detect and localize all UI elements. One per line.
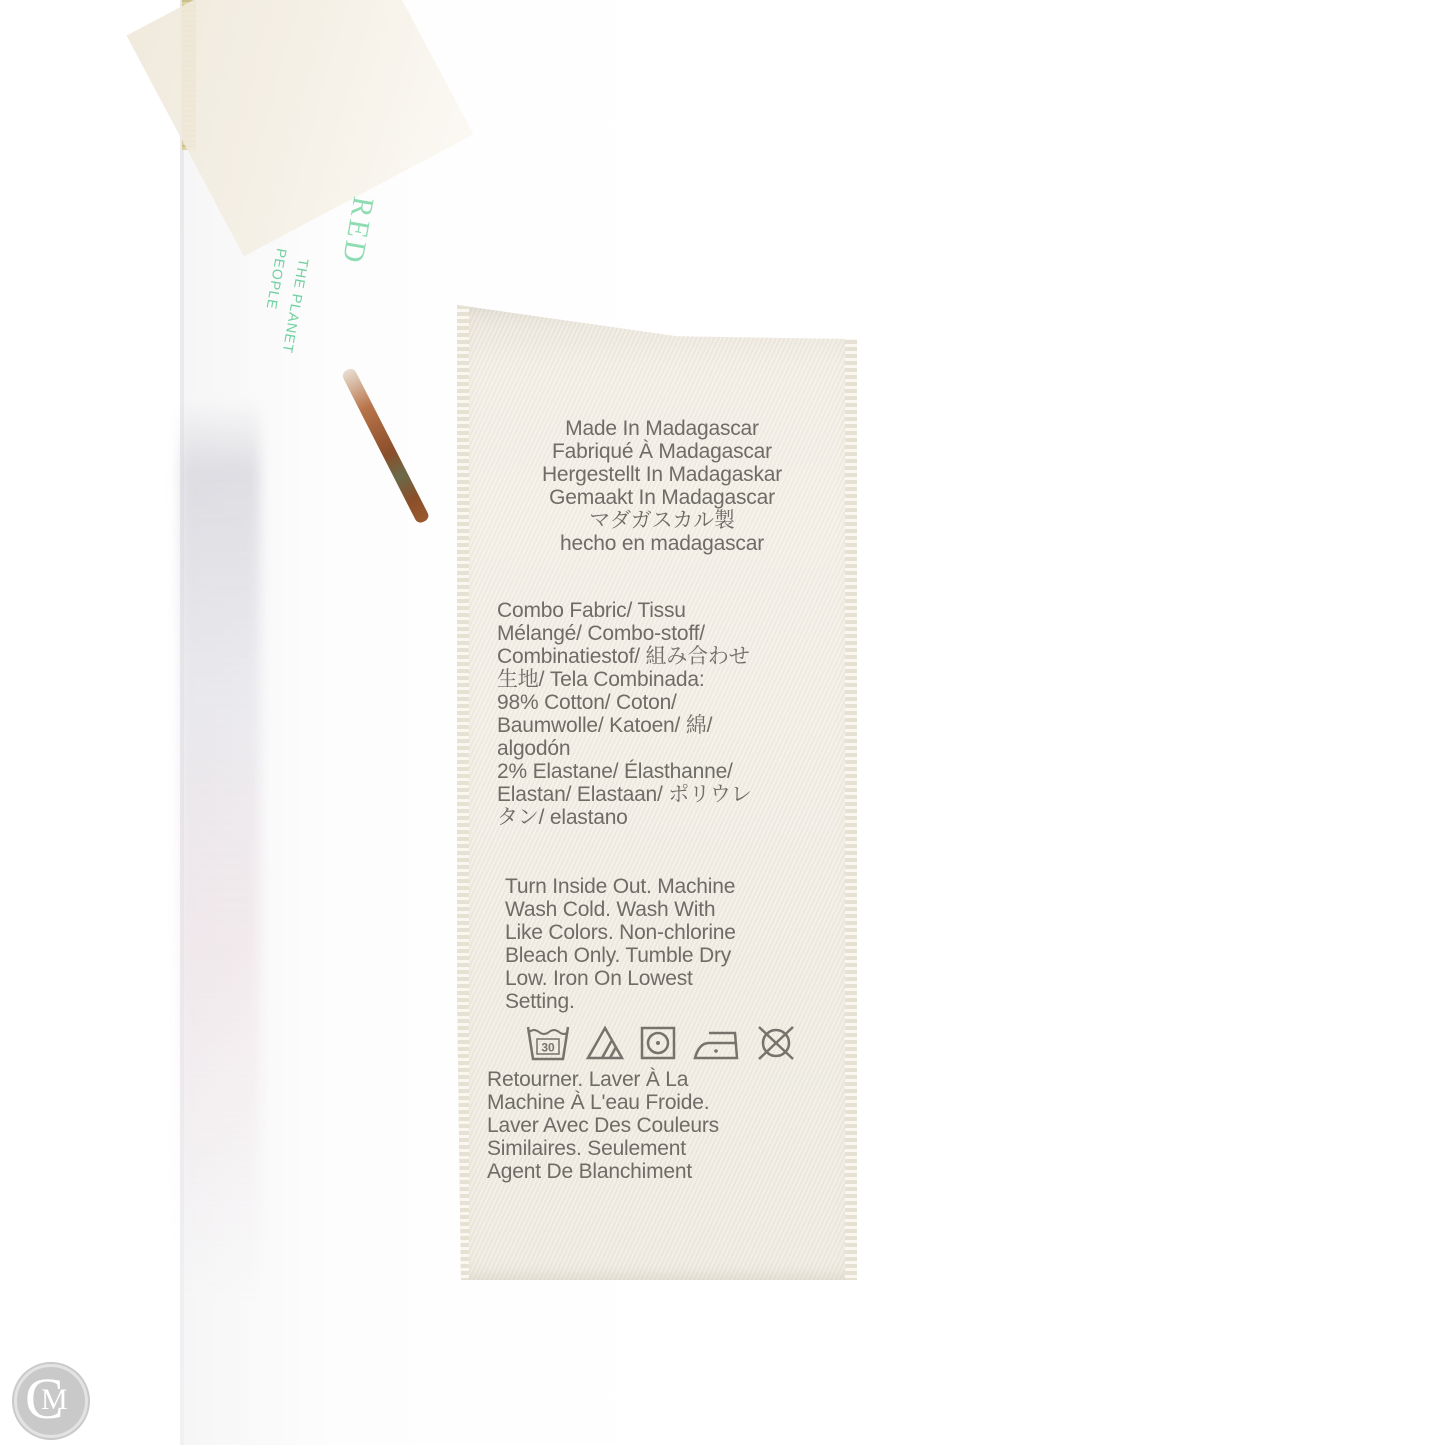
fiber-line: algodón bbox=[497, 737, 827, 760]
fiber-line: Combinatiestof/ 組み合わせ bbox=[497, 645, 827, 668]
non-chlorine-bleach-icon bbox=[585, 1025, 625, 1061]
care-line: Machine À L'eau Froide. bbox=[487, 1091, 827, 1114]
fiber-line: 生地/ Tela Combinada: bbox=[497, 668, 827, 691]
fiber-line: Mélangé/ Combo-stoff/ bbox=[497, 622, 827, 645]
logo-letter-m: M bbox=[41, 1383, 68, 1417]
care-line: Low. Iron On Lowest bbox=[505, 967, 835, 990]
care-line: Similaires. Seulement bbox=[487, 1137, 827, 1160]
wash-30-icon: 30 bbox=[525, 1023, 571, 1063]
fiber-line: Combo Fabric/ Tissu bbox=[497, 599, 827, 622]
care-line: Laver Avec Des Couleurs bbox=[487, 1114, 827, 1137]
iron-low-icon bbox=[691, 1025, 741, 1061]
care-line: Setting. bbox=[505, 990, 835, 1013]
watermark-logo: C M bbox=[14, 1364, 88, 1438]
care-line: Agent De Blanchiment bbox=[487, 1160, 827, 1183]
origin-line: マダガスカル製 bbox=[497, 509, 827, 532]
fiber-line: 2% Elastane/ Élasthanne/ bbox=[497, 760, 827, 783]
care-line: Retourner. Laver À La bbox=[487, 1068, 827, 1091]
care-line: Turn Inside Out. Machine bbox=[505, 875, 835, 898]
fiber-line: Baumwolle/ Katoen/ 綿/ bbox=[497, 714, 827, 737]
care-line: Wash Cold. Wash With bbox=[505, 898, 835, 921]
do-not-dry-clean-icon bbox=[755, 1023, 797, 1063]
care-instructions-french: Retourner. Laver À La Machine À L'eau Fr… bbox=[487, 1068, 827, 1183]
fabric-fold-shadow bbox=[180, 400, 260, 1300]
wash-temperature: 30 bbox=[541, 1041, 555, 1055]
product-photo: RED THE PLANET PEOPLE Made In Madagascar… bbox=[0, 0, 1445, 1445]
care-symbols-row: 30 bbox=[525, 1023, 797, 1063]
care-label: Made In Madagascar Fabriqué À Madagascar… bbox=[457, 305, 857, 1280]
origin-line: Gemaakt In Madagascar bbox=[497, 486, 827, 509]
origin-line: hecho en madagascar bbox=[497, 532, 827, 555]
fiber-line: 98% Cotton/ Coton/ bbox=[497, 691, 827, 714]
care-instructions-english: Turn Inside Out. Machine Wash Cold. Wash… bbox=[505, 875, 835, 1013]
country-of-origin-block: Made In Madagascar Fabriqué À Madagascar… bbox=[497, 417, 827, 555]
origin-line: Hergestellt In Madagaskar bbox=[497, 463, 827, 486]
tumble-dry-low-icon bbox=[639, 1025, 677, 1061]
origin-line: Made In Madagascar bbox=[497, 417, 827, 440]
fiber-line: Elastan/ Elastaan/ ポリウレ bbox=[497, 783, 827, 806]
care-line: Like Colors. Non-chlorine bbox=[505, 921, 835, 944]
fiber-line: タン/ elastano bbox=[497, 806, 827, 829]
fiber-content-block: Combo Fabric/ Tissu Mélangé/ Combo-stoff… bbox=[497, 599, 827, 829]
care-line: Bleach Only. Tumble Dry bbox=[505, 944, 835, 967]
origin-line: Fabriqué À Madagascar bbox=[497, 440, 827, 463]
